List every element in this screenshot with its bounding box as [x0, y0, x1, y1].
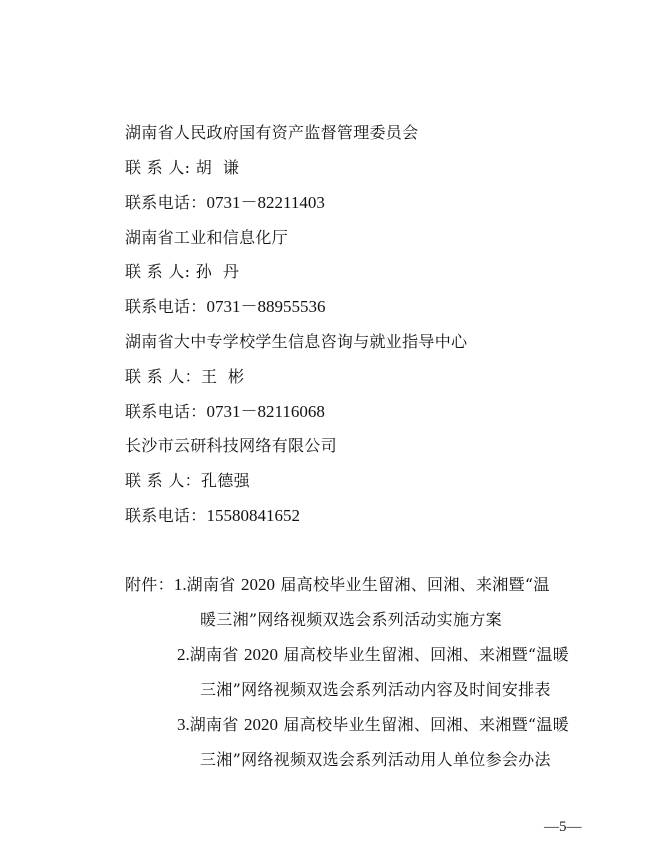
attachment-title-start: 湖南省 — [187, 575, 241, 594]
attachment-item-2-line1: 2.湖南省 2020 届高校毕业生留湘、回湘、来湘暨“温暖 — [177, 645, 569, 665]
contact-phone-label: 联系电话： — [125, 193, 207, 212]
contact-person-name: 胡 谦 — [196, 158, 239, 177]
contact-person-label: 联 系 人: — [125, 262, 190, 281]
contact-person-label: 联 系 人： — [125, 367, 201, 386]
attachment-number: 1. — [174, 575, 187, 594]
contact-person-name: 孙 丹 — [196, 262, 239, 281]
contact-person-line: 联 系 人: 胡 谦 — [125, 158, 239, 178]
attachment-title-start: 湖南省 — [190, 645, 244, 664]
contact-phone-number: 0731－88955536 — [207, 297, 326, 316]
contact-phone-number: 0731－82116068 — [207, 402, 325, 421]
contact-org: 湖南省人民政府国有资产监督管理委员会 — [125, 123, 418, 143]
attachment-title-cont: 届高校毕业生留湘、回湘、来湘暨“温 — [275, 575, 550, 594]
attachment-title-start: 湖南省 — [190, 715, 244, 734]
contact-person-name: 孔德强 — [201, 471, 250, 490]
contact-person-line: 联 系 人: 孙 丹 — [125, 262, 239, 282]
attachment-item-1-line2: 暖三湘”网络视频双选会系列活动实施方案 — [200, 610, 502, 630]
contact-person-label: 联 系 人: — [125, 158, 190, 177]
attachment-year: 2020 — [244, 715, 278, 734]
attachment-year: 2020 — [241, 575, 275, 594]
attachment-title-cont: 届高校毕业生留湘、回湘、来湘暨“温暖 — [278, 715, 569, 734]
contact-phone-line: 联系电话：0731－82211403 — [125, 193, 325, 213]
attachment-year: 2020 — [244, 645, 278, 664]
attachment-item-1-line1: 附件：1.湖南省 2020 届高校毕业生留湘、回湘、来湘暨“温 — [125, 575, 550, 595]
contact-person-line: 联 系 人：王 彬 — [125, 367, 244, 387]
contact-person-name: 王 彬 — [201, 367, 244, 386]
attachment-number: 2. — [177, 645, 190, 664]
contact-org: 长沙市云研科技网络有限公司 — [125, 436, 337, 456]
contact-org: 湖南省工业和信息化厅 — [125, 228, 288, 248]
contact-phone-number: 0731－82211403 — [207, 193, 325, 212]
contact-phone-number: 15580841652 — [207, 506, 301, 525]
contact-person-label: 联 系 人： — [125, 471, 201, 490]
attachment-item-3-line1: 3.湖南省 2020 届高校毕业生留湘、回湘、来湘暨“温暖 — [177, 715, 569, 735]
attachments-label: 附件： — [125, 575, 174, 594]
contact-phone-line: 联系电话：15580841652 — [125, 506, 300, 526]
attachment-title-cont: 届高校毕业生留湘、回湘、来湘暨“温暖 — [278, 645, 569, 664]
page-number: —5— — [544, 819, 582, 836]
contact-phone-label: 联系电话： — [125, 402, 207, 421]
attachment-item-2-line2: 三湘”网络视频双选会系列活动内容及时间安排表 — [200, 680, 551, 700]
contact-phone-line: 联系电话：0731－88955536 — [125, 297, 326, 317]
attachment-number: 3. — [177, 715, 190, 734]
contact-phone-label: 联系电话： — [125, 506, 207, 525]
contact-org: 湖南省大中专学校学生信息咨询与就业指导中心 — [125, 332, 467, 352]
attachment-item-3-line2: 三湘”网络视频双选会系列活动用人单位参会办法 — [200, 750, 551, 770]
contact-phone-line: 联系电话：0731－82116068 — [125, 402, 325, 422]
contact-phone-label: 联系电话： — [125, 297, 207, 316]
contact-person-line: 联 系 人：孔德强 — [125, 471, 250, 491]
